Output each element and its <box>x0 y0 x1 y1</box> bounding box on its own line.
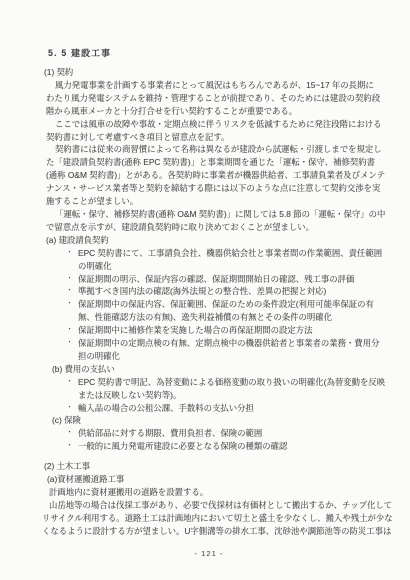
bullet-marker: ・ <box>66 324 78 337</box>
doc-text-line: ・保証期間の明示、保証内容の確認、保証期間開始日の確認、残工事の評価 <box>44 273 374 286</box>
doc-text-line: 計画地内に資材運搬用の道路を設置する。 <box>42 486 374 499</box>
doc-label-line: (b) 費用の支払い <box>52 363 374 376</box>
bullet-text: 保証期間中の定期点検の有無、定期点検中の機器供給者と事業者の業務・費用分 <box>78 338 380 348</box>
doc-text-line: (通称 O&M 契約書)」とがある。各契約時に事業者が機器供給者、工事請負業者及… <box>46 169 374 182</box>
doc-text-line: ・準拠すべき国内法の確認(海外法規との整合性、差異の把握と対応) <box>44 285 374 298</box>
bullet-text: EPC 契約書で明記、為替変動による価格変動の取り扱いの明確化(為替変動を反映 <box>78 377 385 387</box>
bullet-marker: ・ <box>66 376 78 389</box>
bullet-text: 準拠すべき国内法の確認(海外法規との整合性、差異の把握と対応) <box>78 286 326 296</box>
doc-label-line: (a) 建設請負契約 <box>46 234 374 247</box>
doc-text-line: ・EPC 契約書で明記、為替変動による価格変動の取り扱いの明確化(為替変動を反映 <box>44 376 374 389</box>
bullet-text: 保証期間中の保証内容、保証範囲、保証のための条件設定(利用可能率保証の有 <box>78 299 374 309</box>
doc-text-line: ・輸入品の場合の公租公課、手数料の支払い分担 <box>44 402 374 415</box>
doc-text-line: 契約書に対して考慮すべき項目と留意点を記す。 <box>46 131 374 144</box>
document-body: (1) 契約風力発電事業を計画する事業者にとって風況はもちろんであるが、15~1… <box>44 66 374 538</box>
doc-text-line: ・供給部品に対する期限、費用負担者、保険の範囲 <box>44 427 374 440</box>
bullet-text: 一般的に風力発電所建設に必要となる保険の種類の確認 <box>78 441 287 451</box>
bullet-marker: ・ <box>66 285 78 298</box>
doc-text-line: た「建設請負契約書(通称 EPC 契約書)」と事業期間を通じた「運転・保守、補修… <box>46 156 374 169</box>
doc-text-line: の明確化 <box>44 260 374 273</box>
doc-text-line: で留意点を示すが、建設請負契約時に取り決めておくことが望ましい。 <box>46 221 374 234</box>
bullet-marker: ・ <box>66 247 78 260</box>
bullet-text: 保証期間中に補修作業を実施した場合の再保証期間の設定方法 <box>78 325 313 335</box>
bullet-text: 輸入品の場合の公租公課、手数料の支払い分担 <box>78 403 254 413</box>
document-page: 5. 5 建設工事 (1) 契約風力発電事業を計画する事業者にとって風況はもちろ… <box>0 0 410 580</box>
bullet-marker: ・ <box>66 337 78 350</box>
doc-text-line: 契約書には従来の商習慣によって名称は異なるが建設から試運転・引渡しまでを規定し <box>46 143 374 156</box>
doc-text-line: ・保証期間中の保証内容、保証範囲、保証のための条件設定(利用可能率保証の有 <box>44 298 374 311</box>
doc-text-line: または反映しない契約等)。 <box>44 389 374 402</box>
doc-text-line: 施することが望ましい。 <box>46 195 374 208</box>
doc-text-line: ・EPC 契約書にて、工事請負会社、機器供給会社と事業者間の作業範囲、責任範囲 <box>44 247 374 260</box>
bullet-marker: ・ <box>66 298 78 311</box>
doc-text-line: ここでは風車の故障や事故・定期点検に伴うリスクを低減するために発注段階における <box>46 118 374 131</box>
doc-text-line: 階から風車メーカと十分打合せを行い契約することが重要である。 <box>46 105 374 118</box>
doc-text-line: ・一般的に風力発電所建設に必要となる保険の種類の確認 <box>44 440 374 453</box>
bullet-text: EPC 契約書にて、工事請負会社、機器供給会社と事業者間の作業範囲、責任範囲 <box>78 248 382 258</box>
bullet-marker: ・ <box>66 273 78 286</box>
bullet-text: 保証期間の明示、保証内容の確認、保証期間開始日の確認、残工事の評価 <box>78 274 354 284</box>
doc-text-line: 担の明確化 <box>44 350 374 363</box>
doc-text-line: わたり風力発電システムを維持・管理することが前提であり、そのためには建設の契約段 <box>46 92 374 105</box>
doc-text-line: 無、性能確認方法の有無)、逸失利益補償の有無とその条件の明確化 <box>44 311 374 324</box>
doc-label-line: (c) 保険 <box>52 414 374 427</box>
doc-label-line: (1) 契約 <box>44 66 374 79</box>
page-number: - 121 - <box>44 549 374 558</box>
bullet-marker: ・ <box>66 440 78 453</box>
bullet-marker: ・ <box>66 427 78 440</box>
doc-text-line: 「運転・保守、補修契約書(通称 O&M 契約書)」に関しては 5.8 節の「運転… <box>46 208 374 221</box>
doc-text-line: ・保証期間中の定期点検の有無、定期点検中の機器供給者と事業者の業務・費用分 <box>44 337 374 350</box>
doc-text-line: ナンス・サービス業者等と契約を締結する際には以下のような点に注意して契約交渉を実 <box>46 182 374 195</box>
bullet-text: 供給部品に対する期限、費用負担者、保険の範囲 <box>78 428 262 438</box>
doc-text-line: くなるように設計する方が望ましい。U字側溝等の排水工事、沈砂池や調節池等の防災工… <box>42 525 374 538</box>
bullet-marker: ・ <box>66 402 78 415</box>
doc-label-line: (2) 土木工事 <box>44 460 374 473</box>
doc-text-line: リサイクル利用する。道路土工は計画地内において切土と盛土を少なくし、搬入や残土が… <box>42 512 374 525</box>
doc-text-line: ・保証期間中に補修作業を実施した場合の再保証期間の設定方法 <box>44 324 374 337</box>
doc-label-line: (a)資材運搬道路工事 <box>47 473 374 486</box>
section-heading: 5. 5 建設工事 <box>48 47 374 60</box>
doc-text-line: 風力発電事業を計画する事業者にとって風況はもちろんであるが、15~17 年の長期… <box>46 79 374 92</box>
doc-text-line: 山岳地等の場合は伐採工事があり、必要で伐採材は有価材として搬出するか、チップ化し… <box>42 499 374 512</box>
